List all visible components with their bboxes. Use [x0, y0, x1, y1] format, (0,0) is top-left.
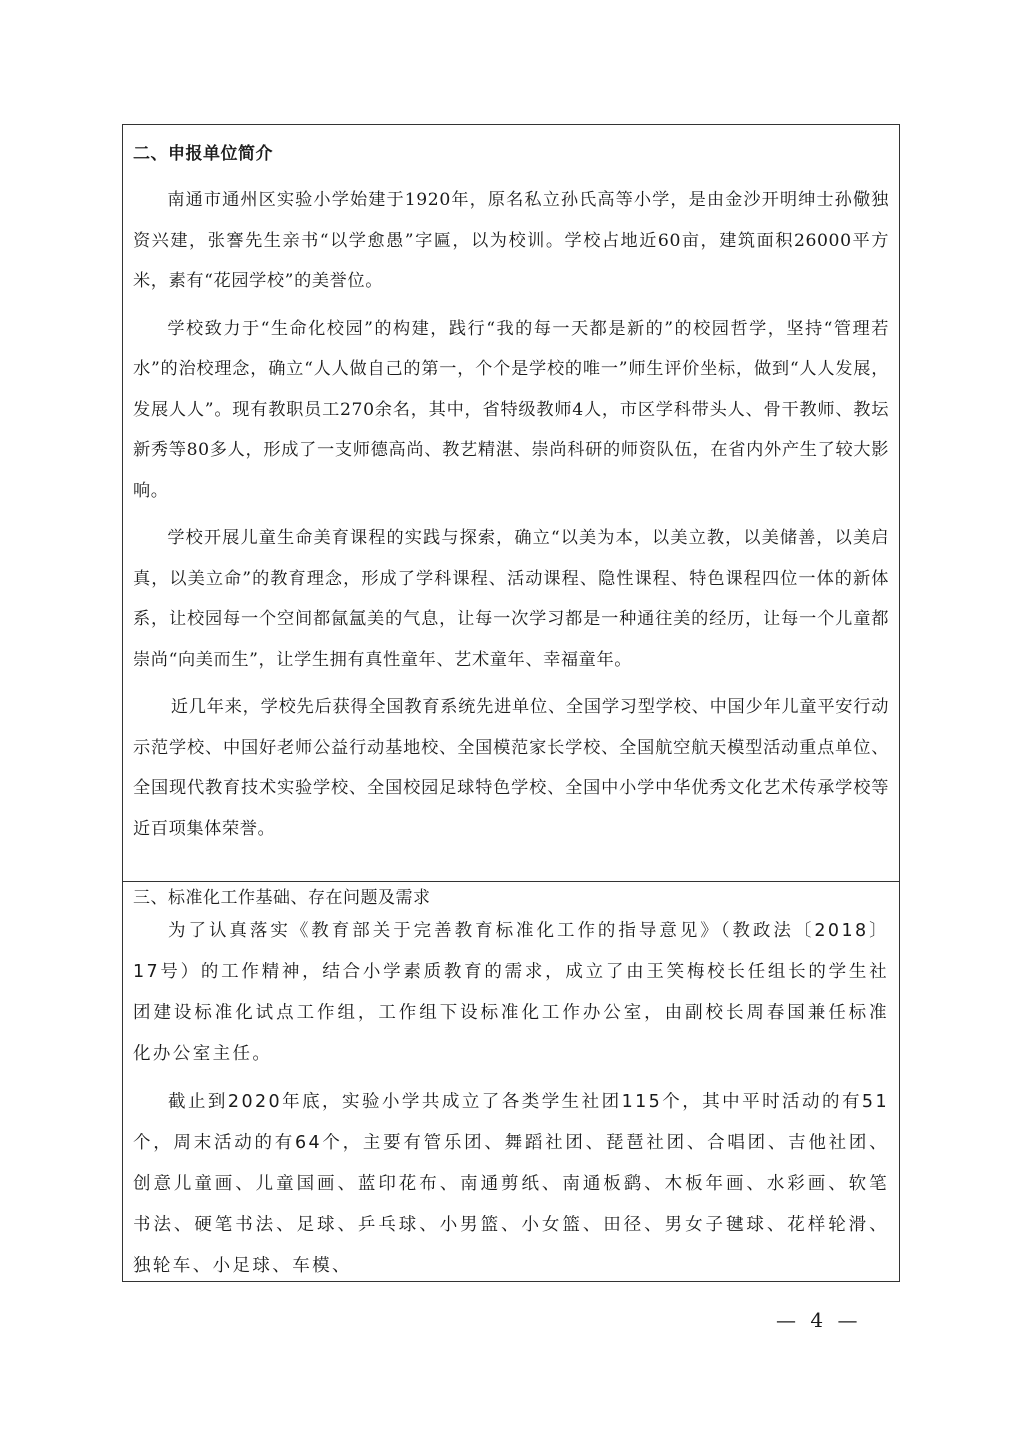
- page-number: — 4 —: [776, 1308, 861, 1332]
- section-unit-introduction: 二、申报单位简介 南通市通州区实验小学始建于1920年，原名私立孙氏高等小学，是…: [123, 125, 899, 881]
- paragraph-curriculum: 学校开展儿童生命美育课程的实践与探索，确立“以美为本，以美立教，以美储善，以美启…: [133, 518, 889, 680]
- paragraph-student-clubs: 截止到2020年底，实验小学共成立了各类学生社团115个，其中平时活动的有51个…: [133, 1082, 889, 1287]
- paragraph-honors: 近几年来，学校先后获得全国教育系统先进单位、全国学习型学校、中国少年儿童平安行动…: [133, 687, 889, 849]
- section-title: 三、标准化工作基础、存在问题及需求: [133, 882, 889, 908]
- paragraph-philosophy: 学校致力于“生命化校园”的构建，践行“我的每一天都是新的”的校园哲学，坚持“管理…: [133, 309, 889, 512]
- application-form-table: 二、申报单位简介 南通市通州区实验小学始建于1920年，原名私立孙氏高等小学，是…: [122, 124, 900, 1282]
- paragraph-working-group: 为了认真落实《教育部关于完善教育标准化工作的指导意见》（教政法〔2018〕17号…: [133, 911, 889, 1075]
- section-standardization-basis: 三、标准化工作基础、存在问题及需求 为了认真落实《教育部关于完善教育标准化工作的…: [123, 881, 899, 1281]
- section-title: 二、申报单位简介: [133, 125, 889, 164]
- paragraph-history: 南通市通州区实验小学始建于1920年，原名私立孙氏高等小学，是由金沙开明绅士孙儆…: [133, 180, 889, 302]
